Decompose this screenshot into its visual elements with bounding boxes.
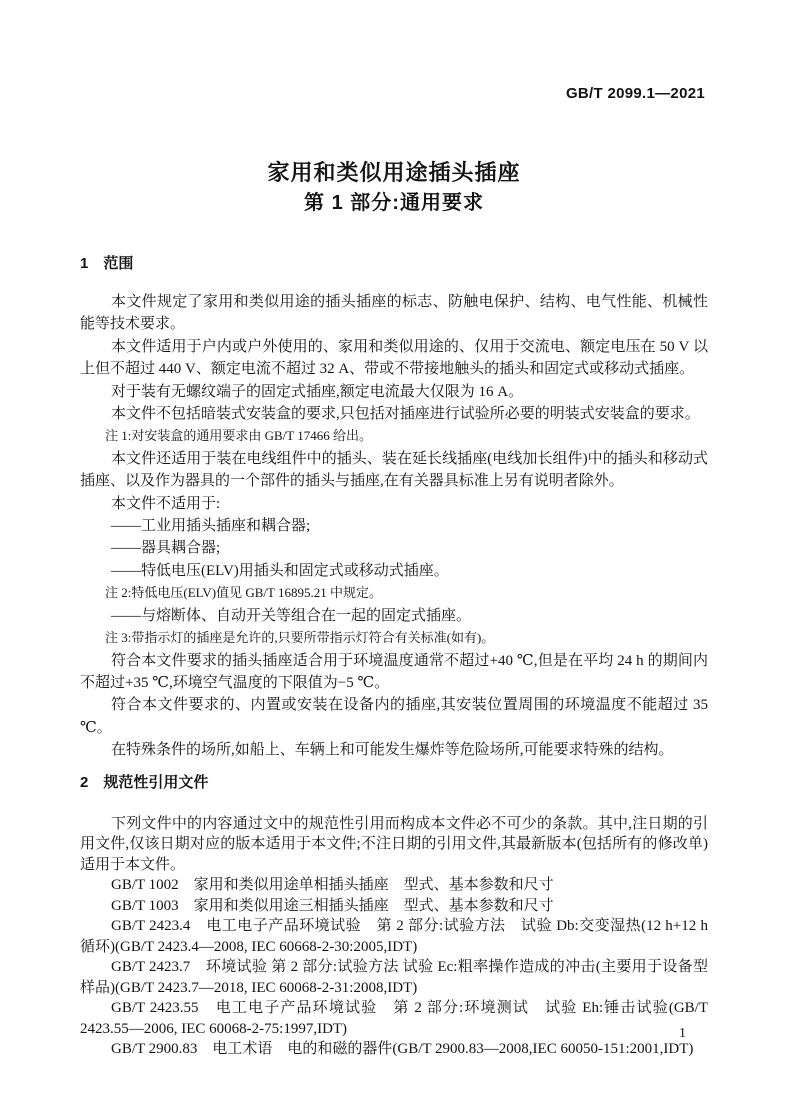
note: 注 2:特低电压(ELV)值见 GB/T 16895.21 中规定。 bbox=[80, 582, 708, 604]
section-2-number: 2 bbox=[80, 774, 88, 791]
section-1-body: 本文件规定了家用和类似用途的插头插座的标志、防触电保护、结构、电气性能、机械性能… bbox=[80, 291, 708, 762]
section-1-heading: 1范围 bbox=[80, 253, 708, 275]
reference-item: GB/T 2900.83 电工术语 电的和磁的器件(GB/T 2900.83—2… bbox=[80, 1039, 708, 1060]
dash-list-item: ——器具耦合器; bbox=[80, 537, 708, 559]
paragraph: 本文件规定了家用和类似用途的插头插座的标志、防触电保护、结构、电气性能、机械性能… bbox=[80, 291, 708, 336]
page-number: 1 bbox=[679, 1026, 686, 1042]
paragraph: 本文件适用于户内或户外使用的、家用和类似用途的、仅用于交流电、额定电压在 50 … bbox=[80, 336, 708, 381]
paragraph: 本文件不包括暗装式安装盒的要求,只包括对插座进行试验所必要的明装式安装盒的要求。 bbox=[80, 403, 708, 425]
dash-list-item: ——工业用插头插座和耦合器; bbox=[80, 515, 708, 537]
section-2-body: 下列文件中的内容通过文中的规范性引用而构成本文件必不可少的条款。其中,注日期的引… bbox=[80, 814, 708, 1060]
section-1-title: 范围 bbox=[103, 255, 133, 272]
paragraph: 本文件不适用于: bbox=[80, 493, 708, 515]
paragraph: 对于装有无螺纹端子的固定式插座,额定电流最大仅限为 16 A。 bbox=[80, 381, 708, 403]
reference-item: GB/T 1002 家用和类似用途单相插头插座 型式、基本参数和尺寸 bbox=[80, 875, 708, 896]
document-title-line-1: 家用和类似用途插头插座 bbox=[80, 158, 708, 188]
section-2-title: 规范性引用文件 bbox=[103, 774, 208, 791]
note: 注 1:对安装盒的通用要求由 GB/T 17466 给出。 bbox=[80, 425, 708, 447]
standard-document-page: GB/T 2099.1—2021 家用和类似用途插头插座 第 1 部分:通用要求… bbox=[0, 0, 792, 1120]
document-title-line-2: 第 1 部分:通用要求 bbox=[80, 188, 708, 218]
section-2-heading: 2规范性引用文件 bbox=[80, 772, 708, 794]
paragraph: 下列文件中的内容通过文中的规范性引用而构成本文件必不可少的条款。其中,注日期的引… bbox=[80, 814, 708, 876]
section-1-number: 1 bbox=[80, 255, 88, 272]
paragraph: 本文件还适用于装在电线组件中的插头、装在延长线插座(电线加长组件)中的插头和移动… bbox=[80, 448, 708, 493]
paragraph: 在特殊条件的场所,如船上、车辆上和可能发生爆炸等危险场所,可能要求特殊的结构。 bbox=[80, 739, 708, 761]
dash-list-item: ——与熔断体、自动开关等组合在一起的固定式插座。 bbox=[80, 605, 708, 627]
paragraph: 符合本文件要求的、内置或安装在设备内的插座,其安装位置周围的环境温度不能超过 3… bbox=[80, 694, 708, 739]
paragraph: 符合本文件要求的插头插座适合用于环境温度通常不超过+40 ℃,但是在平均 24 … bbox=[80, 650, 708, 695]
reference-item: GB/T 2423.7 环境试验 第 2 部分:试验方法 试验 Ec:粗率操作造… bbox=[80, 957, 708, 998]
reference-item: GB/T 2423.55 电工电子产品环境试验 第 2 部分:环境测试 试验 E… bbox=[80, 998, 708, 1039]
standard-code-header: GB/T 2099.1—2021 bbox=[566, 86, 705, 102]
reference-item: GB/T 2423.4 电工电子产品环境试验 第 2 部分:试验方法 试验 Db… bbox=[80, 916, 708, 957]
note: 注 3:带指示灯的插座是允许的,只要所带指示灯符合有关标准(如有)。 bbox=[80, 627, 708, 649]
page-content: 家用和类似用途插头插座 第 1 部分:通用要求 1范围 本文件规定了家用和类似用… bbox=[80, 158, 708, 1060]
reference-item: GB/T 1003 家用和类似用途三相插头插座 型式、基本参数和尺寸 bbox=[80, 896, 708, 917]
dash-list-item: ——特低电压(ELV)用插头和固定式或移动式插座。 bbox=[80, 560, 708, 582]
